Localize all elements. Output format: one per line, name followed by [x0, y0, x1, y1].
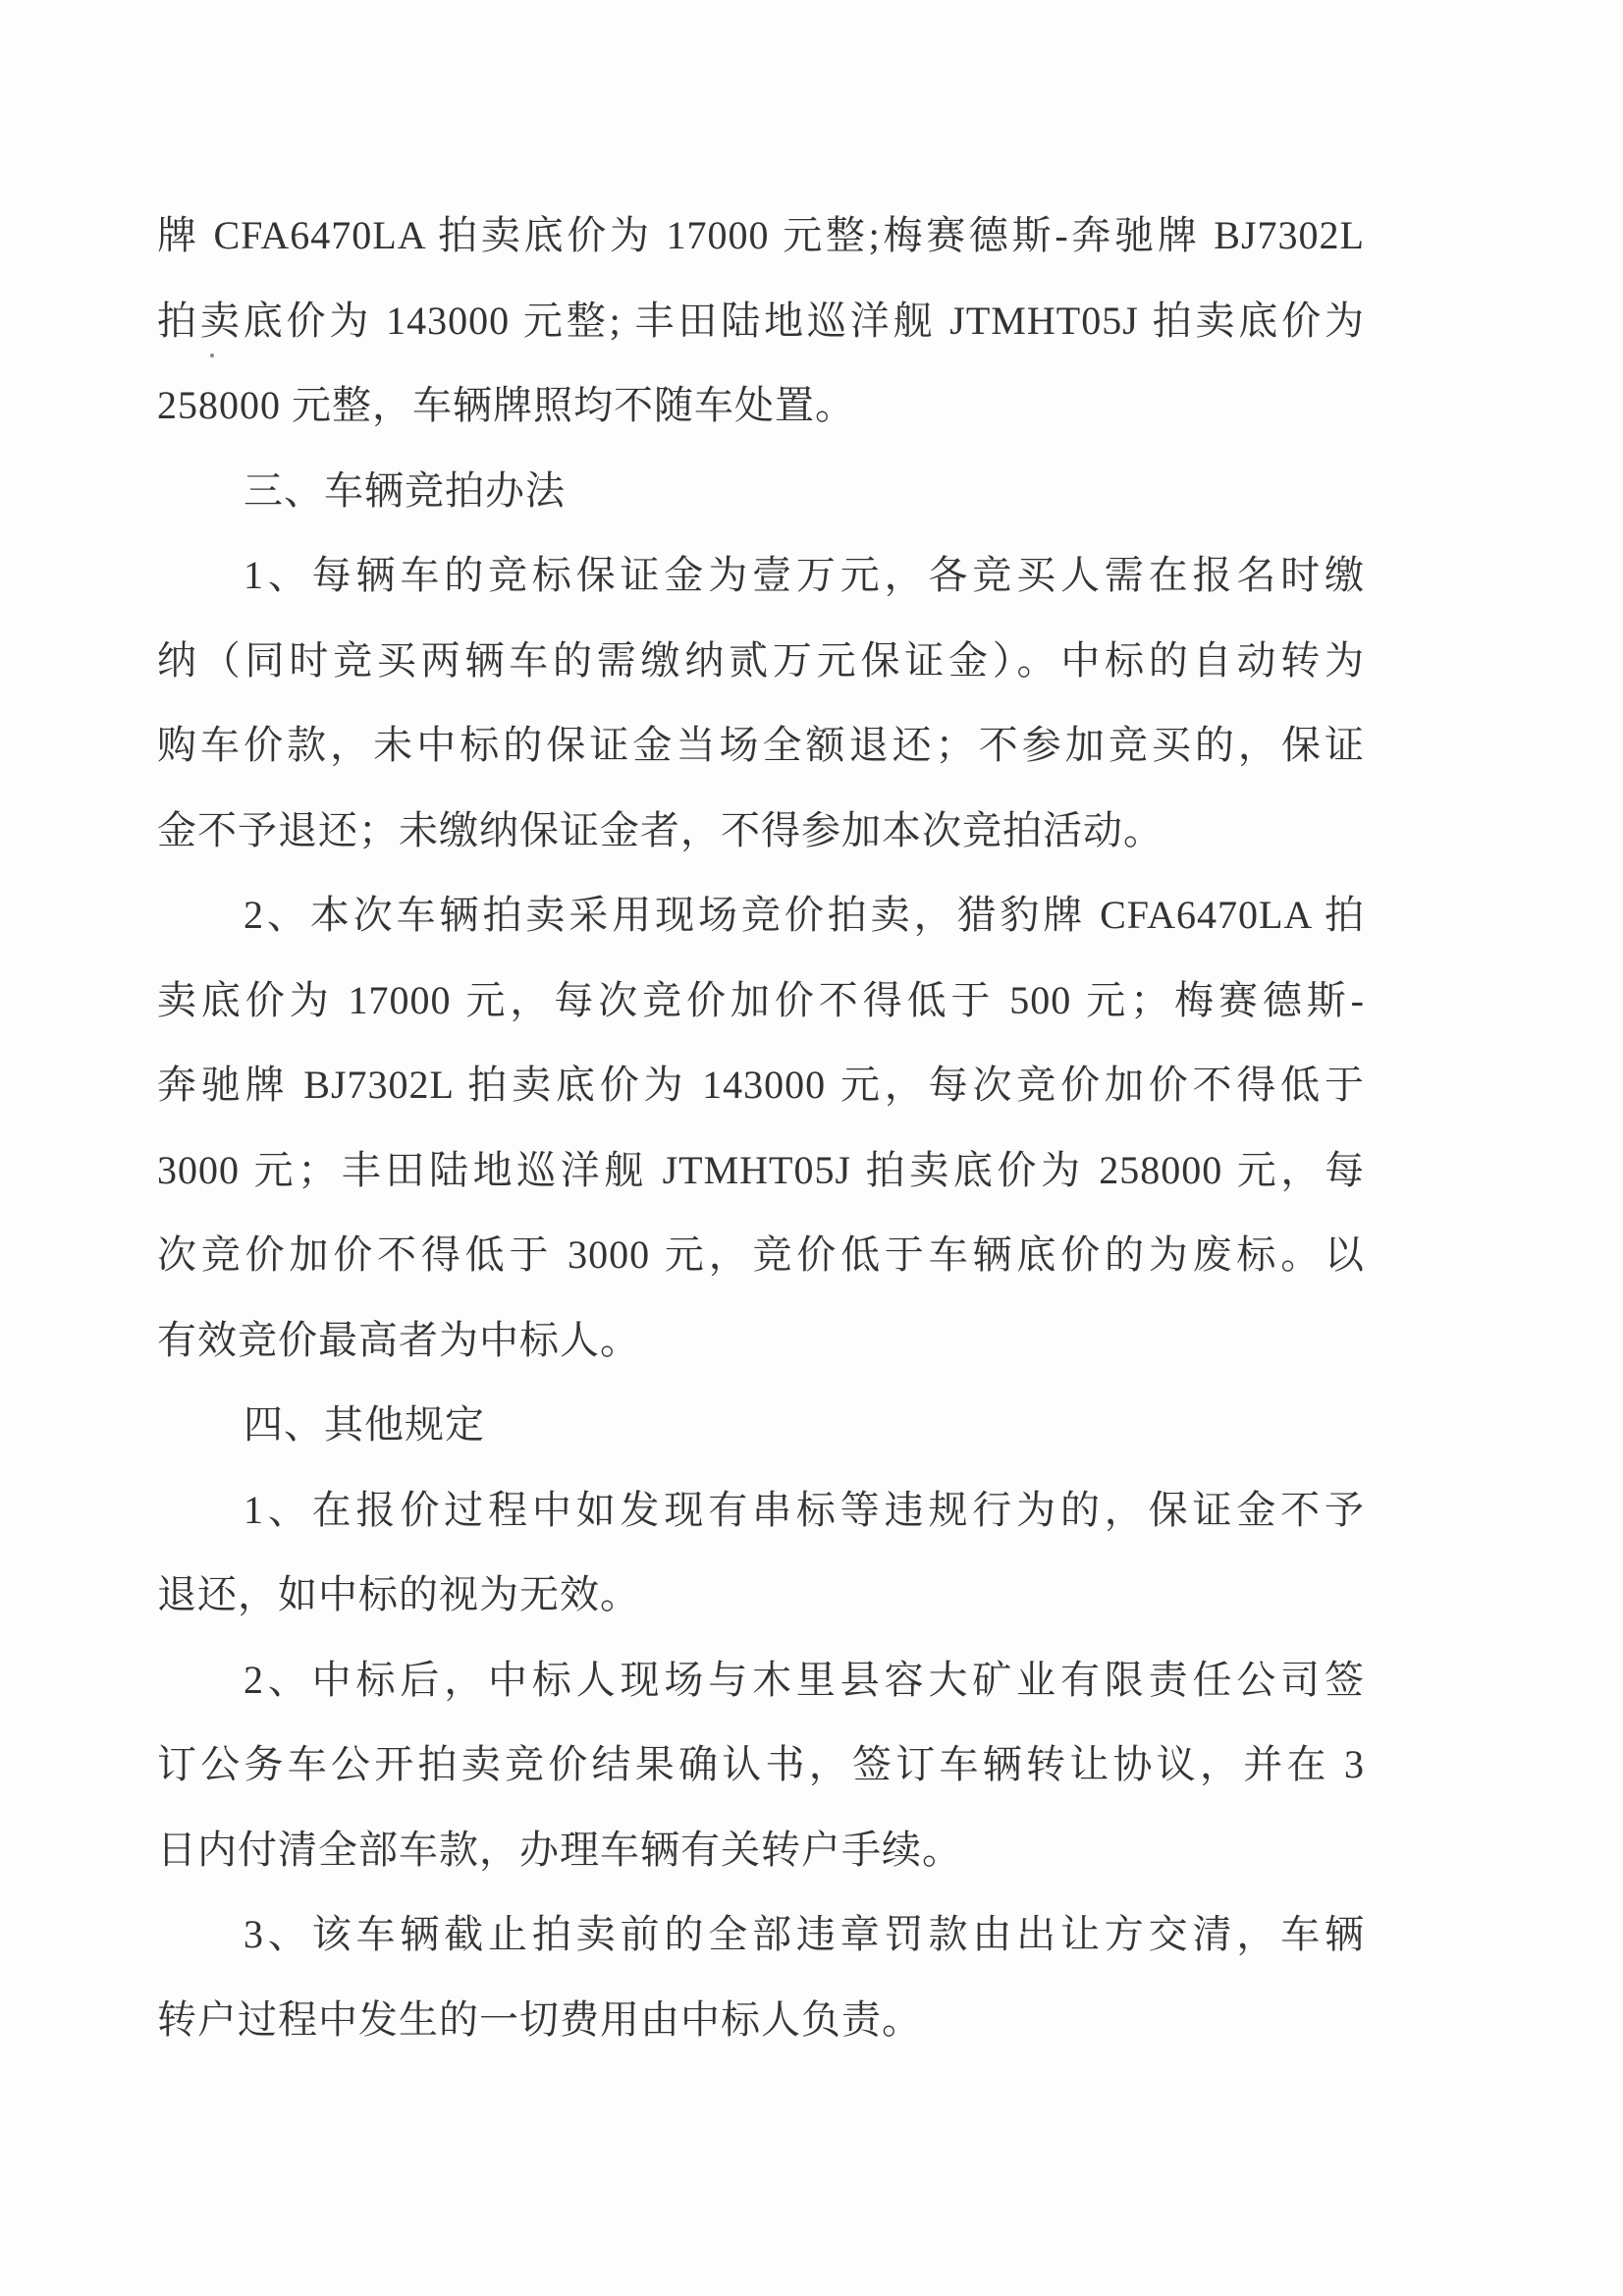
- text-line: 次竞价加价不得低于 3000 元，竞价低于车辆底价的为废标。以: [157, 1213, 1365, 1298]
- text-line: 转户过程中发生的一切费用由中标人负责。: [157, 1978, 1365, 2063]
- text-line: 有效竞价最高者为中标人。: [157, 1298, 1365, 1384]
- section-heading-vehicle-bidding: 三、车辆竞拍办法: [157, 449, 1365, 534]
- text-line: 牌 CFA6470LA 拍卖底价为 17000 元整;梅赛德斯-奔驰牌 BJ73…: [157, 193, 1365, 279]
- section-heading-other-rules: 四、其他规定: [157, 1383, 1365, 1468]
- text-line: 3、该车辆截止拍卖前的全部违章罚款由出让方交清，车辆: [157, 1892, 1365, 1978]
- text-line: 1、每辆车的竞标保证金为壹万元，各竞买人需在报名时缴: [157, 533, 1365, 619]
- text-line: 3000 元；丰田陆地巡洋舰 JTMHT05J 拍卖底价为 258000 元，每: [157, 1128, 1365, 1214]
- text-line: 纳（同时竞买两辆车的需缴纳贰万元保证金）。中标的自动转为: [157, 619, 1365, 704]
- text-line: 奔驰牌 BJ7302L 拍卖底价为 143000 元，每次竞价加价不得低于: [157, 1043, 1365, 1128]
- text-line: 258000 元整，车辆牌照均不随车处置。: [157, 363, 1365, 449]
- text-line: 金不予退还；未缴纳保证金者，不得参加本次竞拍活动。: [157, 789, 1365, 874]
- text-line: 订公务车公开拍卖竞价结果确认书，签订车辆转让协议，并在 3: [157, 1722, 1365, 1808]
- document-page: 牌 CFA6470LA 拍卖底价为 17000 元整;梅赛德斯-奔驰牌 BJ73…: [0, 0, 1623, 2296]
- text-line: 拍卖底价为 143000 元整; 丰田陆地巡洋舰 JTMHT05J 拍卖底价为: [157, 279, 1365, 364]
- text-line: 购车价款，未中标的保证金当场全额退还；不参加竞买的，保证: [157, 703, 1365, 789]
- text-line: 2、中标后，中标人现场与木里县容大矿业有限责任公司签: [157, 1638, 1365, 1723]
- text-line: 日内付清全部车款，办理车辆有关转户手续。: [157, 1808, 1365, 1893]
- text-line: 2、本次车辆拍卖采用现场竞价拍卖，猎豹牌 CFA6470LA 拍: [157, 873, 1365, 958]
- text-line: 卖底价为 17000 元，每次竞价加价不得低于 500 元；梅赛德斯-: [157, 958, 1365, 1044]
- text-line: 退还，如中标的视为无效。: [157, 1553, 1365, 1638]
- text-line: 1、在报价过程中如发现有串标等违规行为的，保证金不予: [157, 1468, 1365, 1554]
- document-text-column: 牌 CFA6470LA 拍卖底价为 17000 元整;梅赛德斯-奔驰牌 BJ73…: [157, 193, 1365, 2062]
